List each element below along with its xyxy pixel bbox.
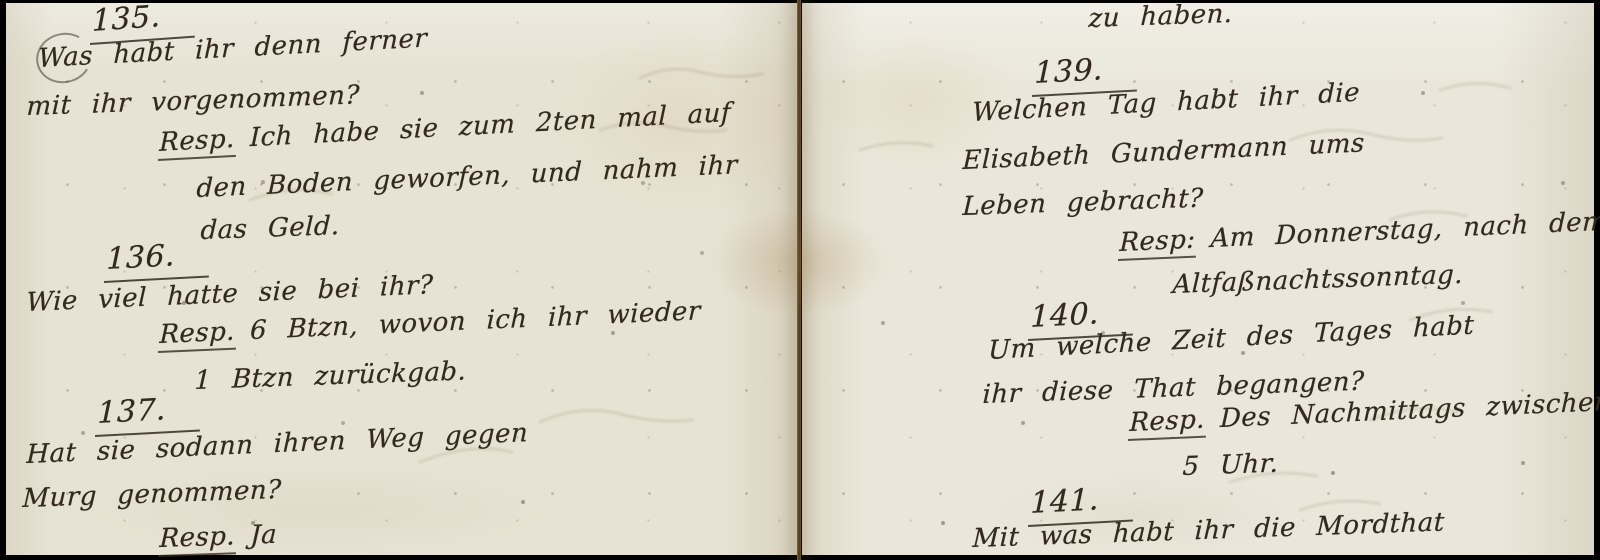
response-label: Resp.: [158, 521, 237, 557]
response-label: Resp.: [1128, 405, 1207, 441]
response-label: Resp:: [1118, 225, 1197, 261]
response-text: Ja: [250, 520, 278, 551]
response-label: Resp.: [158, 124, 236, 161]
response-line: 5 Uhr.: [1182, 449, 1279, 484]
entry-number-text: 136.: [104, 236, 209, 283]
response-label: Resp.: [158, 317, 237, 353]
response-line: Resp.Ja: [158, 520, 278, 555]
manuscript-scan: 135. Was habt ihr denn ferner mit ihr vo…: [0, 0, 1600, 560]
entry-number: 137.: [95, 390, 200, 437]
foxing-dots: [0, 0, 2, 2]
page-seam: [797, 0, 801, 560]
response-line: das Geld.: [200, 211, 340, 247]
entry-number: 136.: [104, 236, 209, 283]
entry-number-text: 137.: [95, 390, 200, 437]
carryover-line: zu haben.: [1088, 0, 1233, 35]
